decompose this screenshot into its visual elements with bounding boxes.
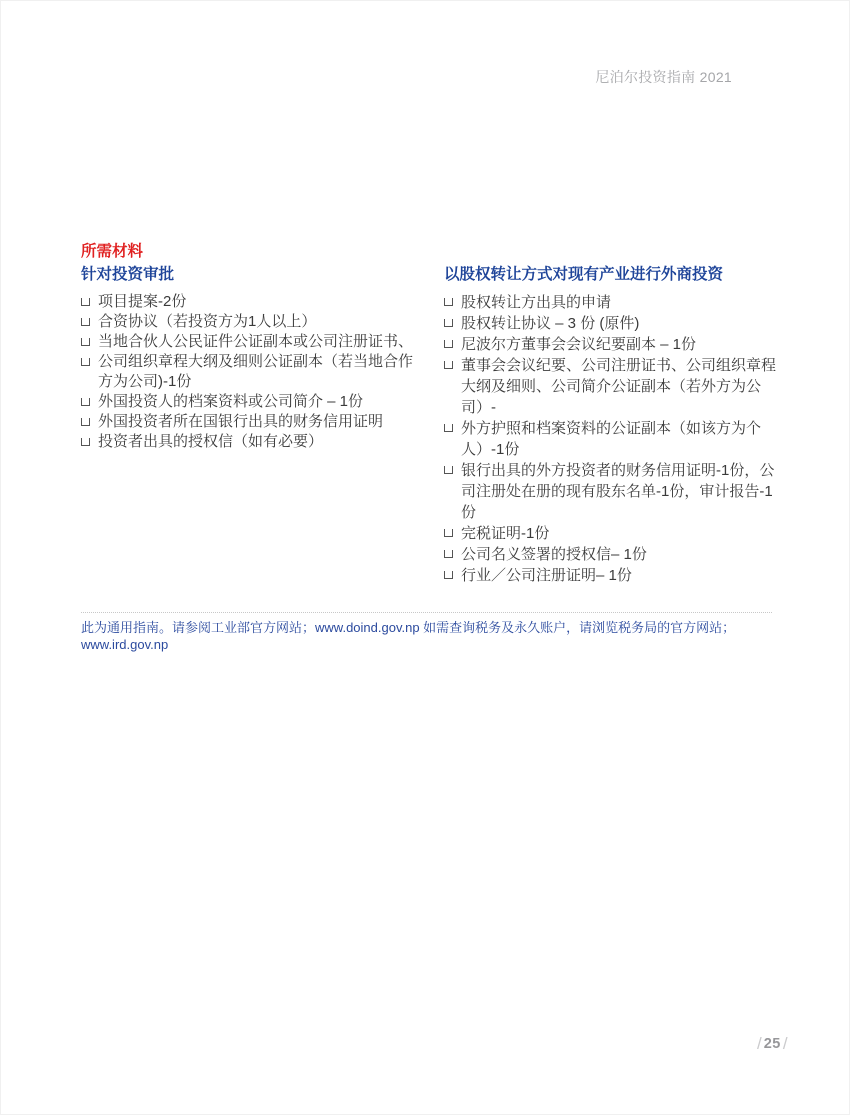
footer-text-2: 如需查询税务及永久账户，请浏览税务局的官方网站；: [420, 620, 736, 635]
checklist-item-text: 外国投资人的档案资料或公司简介 – 1份: [98, 393, 363, 410]
page-number: / 25 /: [757, 1034, 788, 1054]
checkbox-icon: [81, 358, 90, 366]
footer-note: 此为通用指南。请参阅工业部官方网站；www.doind.gov.np 如需查询税…: [81, 619, 781, 653]
checkbox-icon: [81, 418, 90, 426]
ird-website-link[interactable]: www.ird.gov.np: [81, 637, 168, 652]
checklist-item: 合资协议（若投资方为1人以上）: [81, 312, 419, 332]
checklist-item-text: 股权转让方出具的申请: [461, 294, 611, 311]
page-number-slash-left: /: [757, 1034, 762, 1054]
checklist-item-text: 股权转让协议 – 3 份 (原件): [461, 315, 639, 332]
checklist-item: 股权转让方出具的申请: [444, 292, 777, 313]
column-heading-investment-approval: 针对投资审批: [81, 265, 419, 284]
checklist-item-text: 行业／公司注册证明– 1份: [461, 567, 632, 584]
checklist-item: 尼波尔方董事会会议纪要副本 – 1份: [444, 334, 777, 355]
checklist-investment-approval: 项目提案-2份 合资协议（若投资方为1人以上） 当地合伙人公民证件公证副本或公司…: [81, 292, 419, 452]
running-header: 尼泊尔投资指南 2021: [595, 67, 732, 87]
checkbox-icon: [81, 438, 90, 446]
checklist-item-text: 银行出具的外方投资者的财务信用证明-1份，公司注册处在册的现有股东名单-1份，审…: [461, 462, 774, 521]
checklist-item: 公司组织章程大纲及细则公证副本（若当地合作方为公司)-1份: [81, 352, 419, 392]
checkbox-icon: [444, 319, 453, 327]
page-number-slash-right: /: [783, 1034, 788, 1054]
checklist-item: 当地合伙人公民证件公证副本或公司注册证书、: [81, 332, 419, 352]
checkbox-icon: [81, 318, 90, 326]
footer-text-1: 此为通用指南。请参阅工业部官方网站；: [81, 620, 315, 635]
checklist-item-text: 董事会会议纪要、公司注册证书、公司组织章程大纲及细则、公司简介公证副本（若外方为…: [461, 357, 776, 416]
column-share-transfer: 以股权转让方式对现有产业进行外商投资 股权转让方出具的申请 股权转让协议 – 3…: [444, 265, 777, 586]
checklist-item-text: 投资者出具的授权信（如有必要）: [98, 433, 323, 450]
checklist-item: 股权转让协议 – 3 份 (原件): [444, 313, 777, 334]
column-investment-approval: 针对投资审批 项目提案-2份 合资协议（若投资方为1人以上） 当地合伙人公民证件…: [81, 265, 419, 586]
checkbox-icon: [444, 298, 453, 306]
checklist-item: 银行出具的外方投资者的财务信用证明-1份，公司注册处在册的现有股东名单-1份，审…: [444, 460, 777, 523]
checklist-item-text: 外方护照和档案资料的公证副本（如该方为个人）-1份: [461, 420, 761, 458]
checkbox-icon: [81, 338, 90, 346]
footer-divider: [81, 612, 772, 613]
document-page: 尼泊尔投资指南 2021 所需材料 针对投资审批 项目提案-2份 合资协议（若投…: [0, 0, 850, 1115]
checklist-item: 外国投资者所在国银行出具的财务信用证明: [81, 412, 419, 432]
checklist-item: 公司名义签署的授权信– 1份: [444, 544, 777, 565]
checklist-item-text: 公司名义签署的授权信– 1份: [461, 546, 647, 563]
checklist-item-text: 尼波尔方董事会会议纪要副本 – 1份: [461, 336, 696, 353]
checklist-item-text: 项目提案-2份: [98, 293, 186, 310]
checklist-item: 外国投资人的档案资料或公司简介 – 1份: [81, 392, 419, 412]
checklist-item-text: 外国投资者所在国银行出具的财务信用证明: [98, 413, 383, 430]
checklist-item: 董事会会议纪要、公司注册证书、公司组织章程大纲及细则、公司简介公证副本（若外方为…: [444, 355, 777, 418]
checkbox-icon: [444, 571, 453, 579]
checkbox-icon: [444, 466, 453, 474]
doind-website-link[interactable]: www.doind.gov.np: [315, 620, 420, 635]
checklist-item-text: 当地合伙人公民证件公证副本或公司注册证书、: [98, 333, 413, 350]
checklist-item: 完税证明-1份: [444, 523, 777, 544]
section-title: 所需材料: [81, 239, 143, 261]
page-number-value: 25: [764, 1036, 781, 1052]
checklist-item-text: 完税证明-1份: [461, 525, 549, 542]
requirements-columns: 针对投资审批 项目提案-2份 合资协议（若投资方为1人以上） 当地合伙人公民证件…: [81, 265, 777, 586]
checklist-item: 项目提案-2份: [81, 292, 419, 312]
checkbox-icon: [444, 340, 453, 348]
checklist-item-text: 合资协议（若投资方为1人以上）: [98, 313, 316, 330]
checkbox-icon: [444, 361, 453, 369]
checkbox-icon: [444, 529, 453, 537]
checkbox-icon: [444, 550, 453, 558]
checkbox-icon: [81, 298, 90, 306]
header-title: 尼泊尔投资指南 2021: [595, 69, 732, 85]
checklist-item: 外方护照和档案资料的公证副本（如该方为个人）-1份: [444, 418, 777, 460]
checkbox-icon: [444, 424, 453, 432]
checklist-share-transfer: 股权转让方出具的申请 股权转让协议 – 3 份 (原件) 尼波尔方董事会会议纪要…: [444, 292, 777, 586]
checklist-item-text: 公司组织章程大纲及细则公证副本（若当地合作方为公司)-1份: [98, 353, 413, 390]
checklist-item: 投资者出具的授权信（如有必要）: [81, 432, 419, 452]
column-heading-share-transfer: 以股权转让方式对现有产业进行外商投资: [444, 265, 777, 284]
checkbox-icon: [81, 398, 90, 406]
checklist-item: 行业／公司注册证明– 1份: [444, 565, 777, 586]
